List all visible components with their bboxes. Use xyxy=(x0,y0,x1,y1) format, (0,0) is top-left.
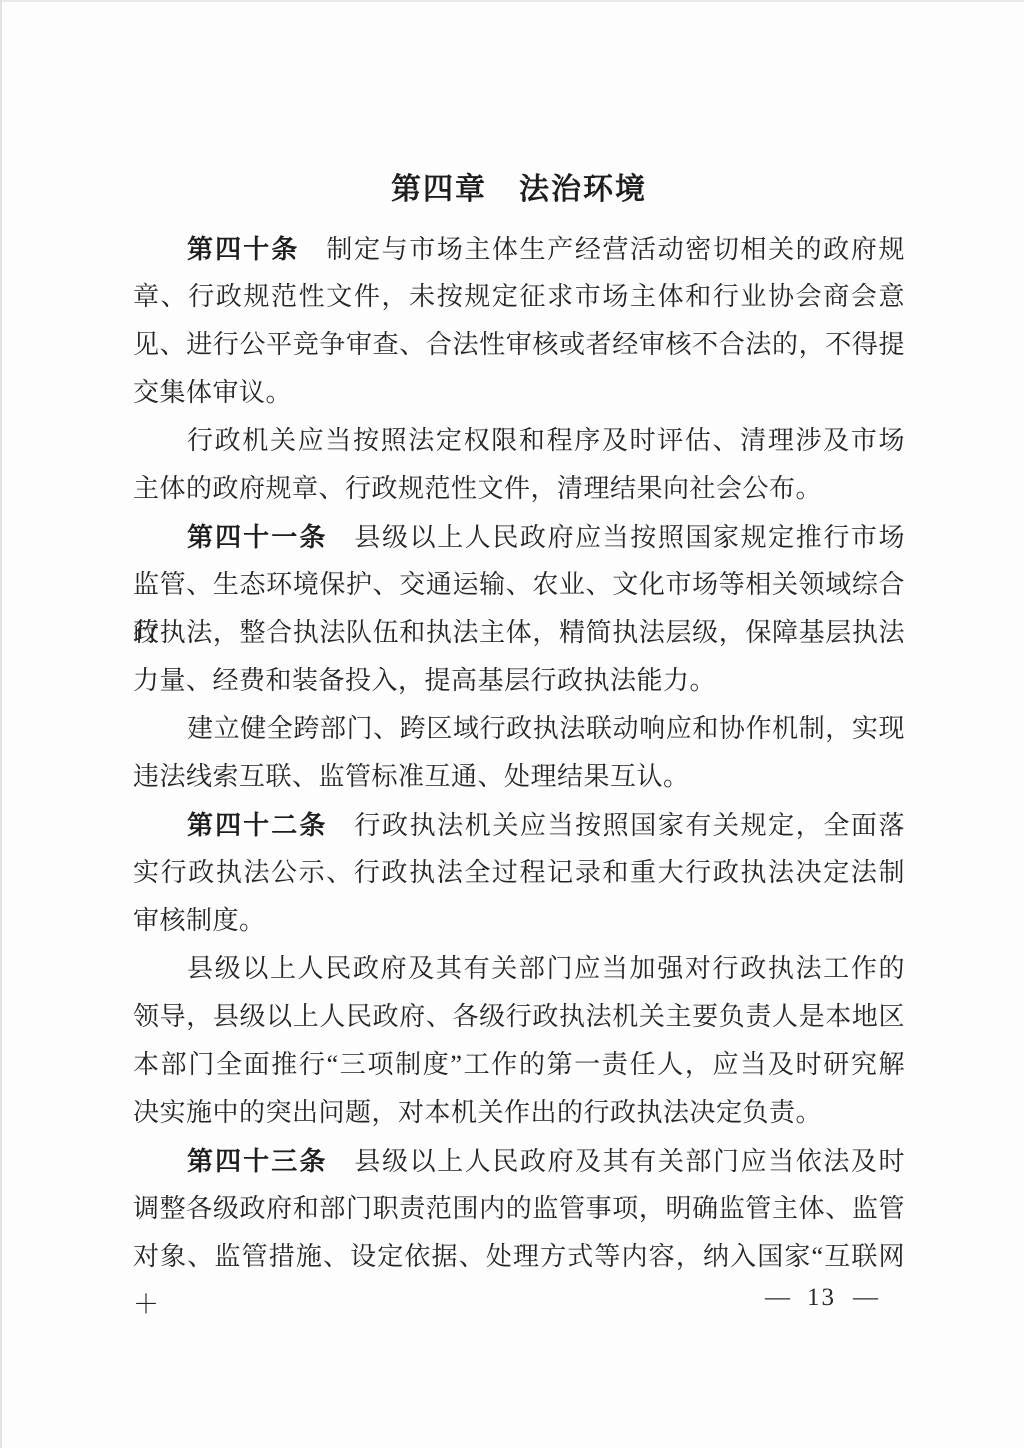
text-line: 章、行政规范性文件，未按规定征求市场主体和行业协会商会意 xyxy=(133,273,905,321)
text-line: 县级以上人民政府及其有关部门应当加强对行政执法工作的 xyxy=(133,945,905,993)
text-line: 对象、监管措施、设定依据、处理方式等内容，纳入国家“互联网＋ xyxy=(133,1233,905,1281)
line-text: 建立健全跨部门、跨区域行政执法联动响应和协作机制，实现 xyxy=(187,714,905,743)
line-text: 决实施中的突出问题，对本机关作出的行政执法决定负责。 xyxy=(133,1098,822,1127)
line-text: 调整各级政府和部门职责范围内的监管事项，明确监管主体、监管 xyxy=(133,1194,905,1223)
footer-page-number: 13 xyxy=(807,1284,836,1311)
text-line: 交集体审议。 xyxy=(133,369,905,417)
line-text: 见、进行公平竞争审查、合法性审核或者经审核不合法的，不得提 xyxy=(133,330,905,359)
text-line: 第四十三条县级以上人民政府及其有关部门应当依法及时 xyxy=(133,1137,905,1185)
text-line: 实行政执法公示、行政执法全过程记录和重大行政执法决定法制 xyxy=(133,849,905,897)
footer-dash-left: — xyxy=(765,1284,790,1311)
document-page: 第四章 法治环境 第四十条制定与市场主体生产经营活动密切相关的政府规 章、行政规… xyxy=(0,0,1024,1448)
line-text: 县级以上人民政府及其有关部门应当依法及时 xyxy=(354,1147,905,1176)
text-line: 调整各级政府和部门职责范围内的监管事项，明确监管主体、监管 xyxy=(133,1185,905,1233)
line-text: 章、行政规范性文件，未按规定征求市场主体和行业协会商会意 xyxy=(133,282,905,311)
line-text: 制定与市场主体生产经营活动密切相关的政府规 xyxy=(326,235,905,264)
text-line: 建立健全跨部门、跨区域行政执法联动响应和协作机制，实现 xyxy=(133,705,905,753)
text-line: 审核制度。 xyxy=(133,897,905,945)
line-text: 本部门全面推行“三项制度”工作的第一责任人，应当及时研究解 xyxy=(133,1050,905,1079)
article-number: 第四十二条 xyxy=(187,810,327,840)
text-line: 监管、生态环境保护、交通运输、农业、文化市场等相关领域综合行 xyxy=(133,561,905,609)
line-text: 主体的政府规章、行政规范性文件，清理结果向社会公布。 xyxy=(133,474,822,503)
line-text: 违法线索互联、监管标准互通、处理结果互认。 xyxy=(133,762,690,791)
line-text: 政执法，整合执法队伍和执法主体，精简执法层级，保障基层执法 xyxy=(133,618,905,647)
line-text: 行政机关应当按照法定权限和程序及时评估、清理涉及市场 xyxy=(187,426,905,455)
page-number: —13— xyxy=(133,1283,905,1313)
line-text: 交集体审议。 xyxy=(133,378,292,407)
text-line: 行政机关应当按照法定权限和程序及时评估、清理涉及市场 xyxy=(133,417,905,465)
line-text: 县级以上人民政府应当按照国家规定推行市场 xyxy=(354,523,905,552)
text-line: 本部门全面推行“三项制度”工作的第一责任人，应当及时研究解 xyxy=(133,1041,905,1089)
text-line: 第四十一条县级以上人民政府应当按照国家规定推行市场 xyxy=(133,513,905,561)
text-line: 违法线索互联、监管标准互通、处理结果互认。 xyxy=(133,753,905,801)
text-line: 领导，县级以上人民政府、各级行政执法机关主要负责人是本地区 xyxy=(133,993,905,1041)
article-number: 第四十一条 xyxy=(187,522,327,552)
article-number: 第四十三条 xyxy=(187,1146,327,1176)
text-line: 力量、经费和装备投入，提高基层行政执法能力。 xyxy=(133,657,905,705)
text-line: 第四十条制定与市场主体生产经营活动密切相关的政府规 xyxy=(133,225,905,273)
text-line: 主体的政府规章、行政规范性文件，清理结果向社会公布。 xyxy=(133,465,905,513)
text-line: 第四十二条行政执法机关应当按照国家有关规定，全面落 xyxy=(133,801,905,849)
line-text: 领导，县级以上人民政府、各级行政执法机关主要负责人是本地区 xyxy=(133,1002,905,1031)
line-text: 县级以上人民政府及其有关部门应当加强对行政执法工作的 xyxy=(187,954,905,983)
line-text: 审核制度。 xyxy=(133,906,266,935)
footer-dash-right: — xyxy=(853,1284,878,1311)
article-number: 第四十条 xyxy=(187,234,299,264)
document-content: 第四章 法治环境 第四十条制定与市场主体生产经营活动密切相关的政府规 章、行政规… xyxy=(133,166,905,1313)
text-line: 政执法，整合执法队伍和执法主体，精简执法层级，保障基层执法 xyxy=(133,609,905,657)
chapter-heading: 第四章 法治环境 xyxy=(133,166,905,214)
text-line: 见、进行公平竞争审查、合法性审核或者经审核不合法的，不得提 xyxy=(133,321,905,369)
line-text: 行政执法机关应当按照国家有关规定，全面落 xyxy=(354,811,905,840)
text-line: 决实施中的突出问题，对本机关作出的行政执法决定负责。 xyxy=(133,1089,905,1137)
line-text: 力量、经费和装备投入，提高基层行政执法能力。 xyxy=(133,666,716,695)
line-text: 实行政执法公示、行政执法全过程记录和重大行政执法决定法制 xyxy=(133,858,905,887)
